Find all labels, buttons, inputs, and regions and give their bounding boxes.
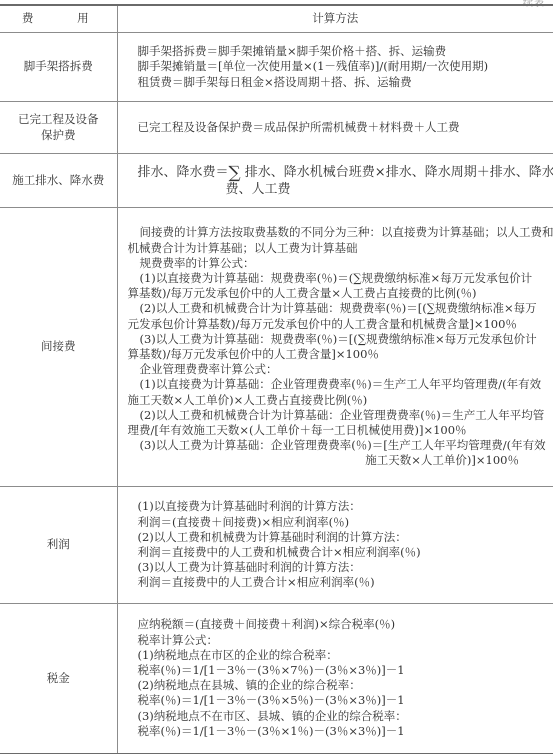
formula-line: (2)纳税地点在县城、镇的企业的综合税率： xyxy=(138,678,544,693)
formula-line: 利润＝直接费中的人工费和机械费合计×相应利润率(％) xyxy=(138,545,544,560)
cost-item-name: 施工排水、降水费 xyxy=(0,154,117,208)
formula-line: 脚手架摊销量＝[单位一次使用量×(1－残值率)]/(耐用期/一次使用期) xyxy=(138,59,544,74)
formula-line: 理费/[年有效施工天数×(人工单价＋每一工日机械使用费)]×100％ xyxy=(128,423,548,438)
formula-line: 机械费合计为计算基础；以人工费为计算基础 xyxy=(128,241,548,256)
formula-line: 算基数)/每万元发承包价中的人工费含量×人工费占直接费的比例(％) xyxy=(128,286,548,301)
table-row: 利润 (1)以直接费为计算基础时利润的计算方法： 利润＝(直接费＋间接费)×相应… xyxy=(0,487,553,604)
formula-line: (3)以人工费为计算基础时利润的计算方法： xyxy=(138,560,544,575)
calculation-method: 应纳税额＝(直接费＋间接费＋利润)×综合税率(％) 税率计算公式： (1)纳税地… xyxy=(117,604,553,754)
cost-item-name: 间接费 xyxy=(0,208,117,487)
calculation-method: 已完工程及设备保护费＝成品保护所需机械费＋材料费＋人工费 xyxy=(117,102,553,154)
formula-line-continued: 费、人工费 xyxy=(138,181,544,198)
formula-line: 规费费率的计算公式： xyxy=(128,256,548,271)
formula-line: 税率(％)＝1/[1－3％－(3％×7％)－(3％×3％)]－1 xyxy=(138,663,544,678)
header-calculation-method: 计算方法 xyxy=(117,5,553,33)
formula-line: 算基数)/每万元发承包价中的人工费含量]×100％ xyxy=(128,347,548,362)
table-row: 已完工程及设备 保护费 已完工程及设备保护费＝成品保护所需机械费＋材料费＋人工费 xyxy=(0,102,553,154)
cost-item-name: 税金 xyxy=(0,604,117,754)
calculation-method: 间接费的计算方法按取费基数的不同分为三种：以直接费为计算基础；以人工费和 机械费… xyxy=(117,208,553,487)
formula-line: 脚手架搭拆费＝脚手架摊销量×脚手架价格＋搭、拆、运输费 xyxy=(138,44,544,59)
formula-line: (2)以人工费和机械费合计为计算基础：企业管理费费率(％)＝生产工人年平均管 xyxy=(128,408,548,423)
formula-line: (2)以人工费和机械费合计为计算基础：规费费率(％)＝[(∑规费缴纳标准×每万 xyxy=(128,301,548,316)
formula-line: (1)以直接费为计算基础时利润的计算方法： xyxy=(138,499,544,514)
formula-line: 施工天数×人工单价)]×100％ xyxy=(128,453,548,468)
formula-line: (3)以人工费为计算基础：企业管理费费率(％)＝[生产工人年平均管理费/(年有效 xyxy=(128,438,548,453)
cost-item-name: 已完工程及设备 保护费 xyxy=(0,102,117,154)
table-row: 施工排水、降水费 排水、降水费＝∑ 排水、降水机械台班费×排水、降水周期＋排水、… xyxy=(0,154,553,208)
formula-line: 租赁费＝脚手架每日租金×搭设周期＋搭、拆、运输费 xyxy=(138,75,544,90)
formula-line: 排水、降水费＝∑ 排水、降水机械台班费×排水、降水周期＋排水、降水使用材料 xyxy=(138,163,544,181)
formula-line: (1)纳税地点在市区的企业的综合税率： xyxy=(138,648,544,663)
cost-calculation-table: 费 用 计算方法 脚手架搭拆费 脚手架搭拆费＝脚手架摊销量×脚手架价格＋搭、拆、… xyxy=(0,4,553,754)
table-row: 脚手架搭拆费 脚手架搭拆费＝脚手架摊销量×脚手架价格＋搭、拆、运输费 脚手架摊销… xyxy=(0,33,553,102)
formula-line: 间接费的计算方法按取费基数的不同分为三种：以直接费为计算基础；以人工费和 xyxy=(128,225,548,240)
calculation-method: (1)以直接费为计算基础时利润的计算方法： 利润＝(直接费＋间接费)×相应利润率… xyxy=(117,487,553,604)
table-row: 间接费 间接费的计算方法按取费基数的不同分为三种：以直接费为计算基础；以人工费和… xyxy=(0,208,553,487)
cost-item-name-line: 保护费 xyxy=(6,128,111,143)
table-header-row: 费 用 计算方法 xyxy=(0,5,553,33)
table-row: 税金 应纳税额＝(直接费＋间接费＋利润)×综合税率(％) 税率计算公式： (1)… xyxy=(0,604,553,754)
formula-line: 施工天数×人工单价)×人工费占直接费比例(％) xyxy=(128,393,548,408)
formula-rest: 排水、降水机械台班费×排水、降水周期＋排水、降水使用材料 xyxy=(245,165,553,180)
cost-item-name: 脚手架搭拆费 xyxy=(0,33,117,102)
formula-line: 税率计算公式： xyxy=(138,633,544,648)
formula-prefix: 排水、降水费＝ xyxy=(138,165,229,180)
formula-line: 税率(％)＝1/[1－3％－(3％×5％)－(3％×3％)]－1 xyxy=(138,693,544,708)
cost-item-name: 利润 xyxy=(0,487,117,604)
header-cost-item: 费 用 xyxy=(0,5,117,33)
formula-line: (1)以直接费为计算基础：企业管理费费率(％)＝生产工人年平均管理费/(年有效 xyxy=(128,377,548,392)
calculation-method: 排水、降水费＝∑ 排水、降水机械台班费×排水、降水周期＋排水、降水使用材料 费、… xyxy=(117,154,553,208)
formula-line: (1)以直接费为计算基础：规费费率(％)＝(∑规费缴纳标准×每万元发承包价计 xyxy=(128,271,548,286)
formula-line: 利润＝(直接费＋间接费)×相应利润率(％) xyxy=(138,515,544,530)
formula-line: 企业管理费费率计算公式： xyxy=(128,362,548,377)
cost-item-name-line: 已完工程及设备 xyxy=(6,112,111,127)
formula-line: 利润＝直接费中的人工费合计×相应利润率(％) xyxy=(138,575,544,590)
formula-line: (2)以人工费和机械费为计算基础时利润的计算方法： xyxy=(138,530,544,545)
formula-line: 元发承包价计算基数)/每万元发承包价中的人工费含量和机械费含量]×100％ xyxy=(128,317,548,332)
sigma-symbol: ∑ xyxy=(229,163,241,183)
formula-line: (3)以人工费为计算基础：规费费率(％)＝[(∑规费缴纳标准×每万元发承包价计 xyxy=(128,332,548,347)
formula-line: 已完工程及设备保护费＝成品保护所需机械费＋材料费＋人工费 xyxy=(138,120,544,135)
formula-line: 税率(％)＝1/[1－3％－(3％×1％)－(3％×3％)]－1 xyxy=(138,724,544,739)
formula-line: 应纳税额＝(直接费＋间接费＋利润)×综合税率(％) xyxy=(138,617,544,632)
calculation-method: 脚手架搭拆费＝脚手架摊销量×脚手架价格＋搭、拆、运输费 脚手架摊销量＝[单位一次… xyxy=(117,33,553,102)
formula-line: (3)纳税地点不在市区、县城、镇的企业的综合税率： xyxy=(138,709,544,724)
